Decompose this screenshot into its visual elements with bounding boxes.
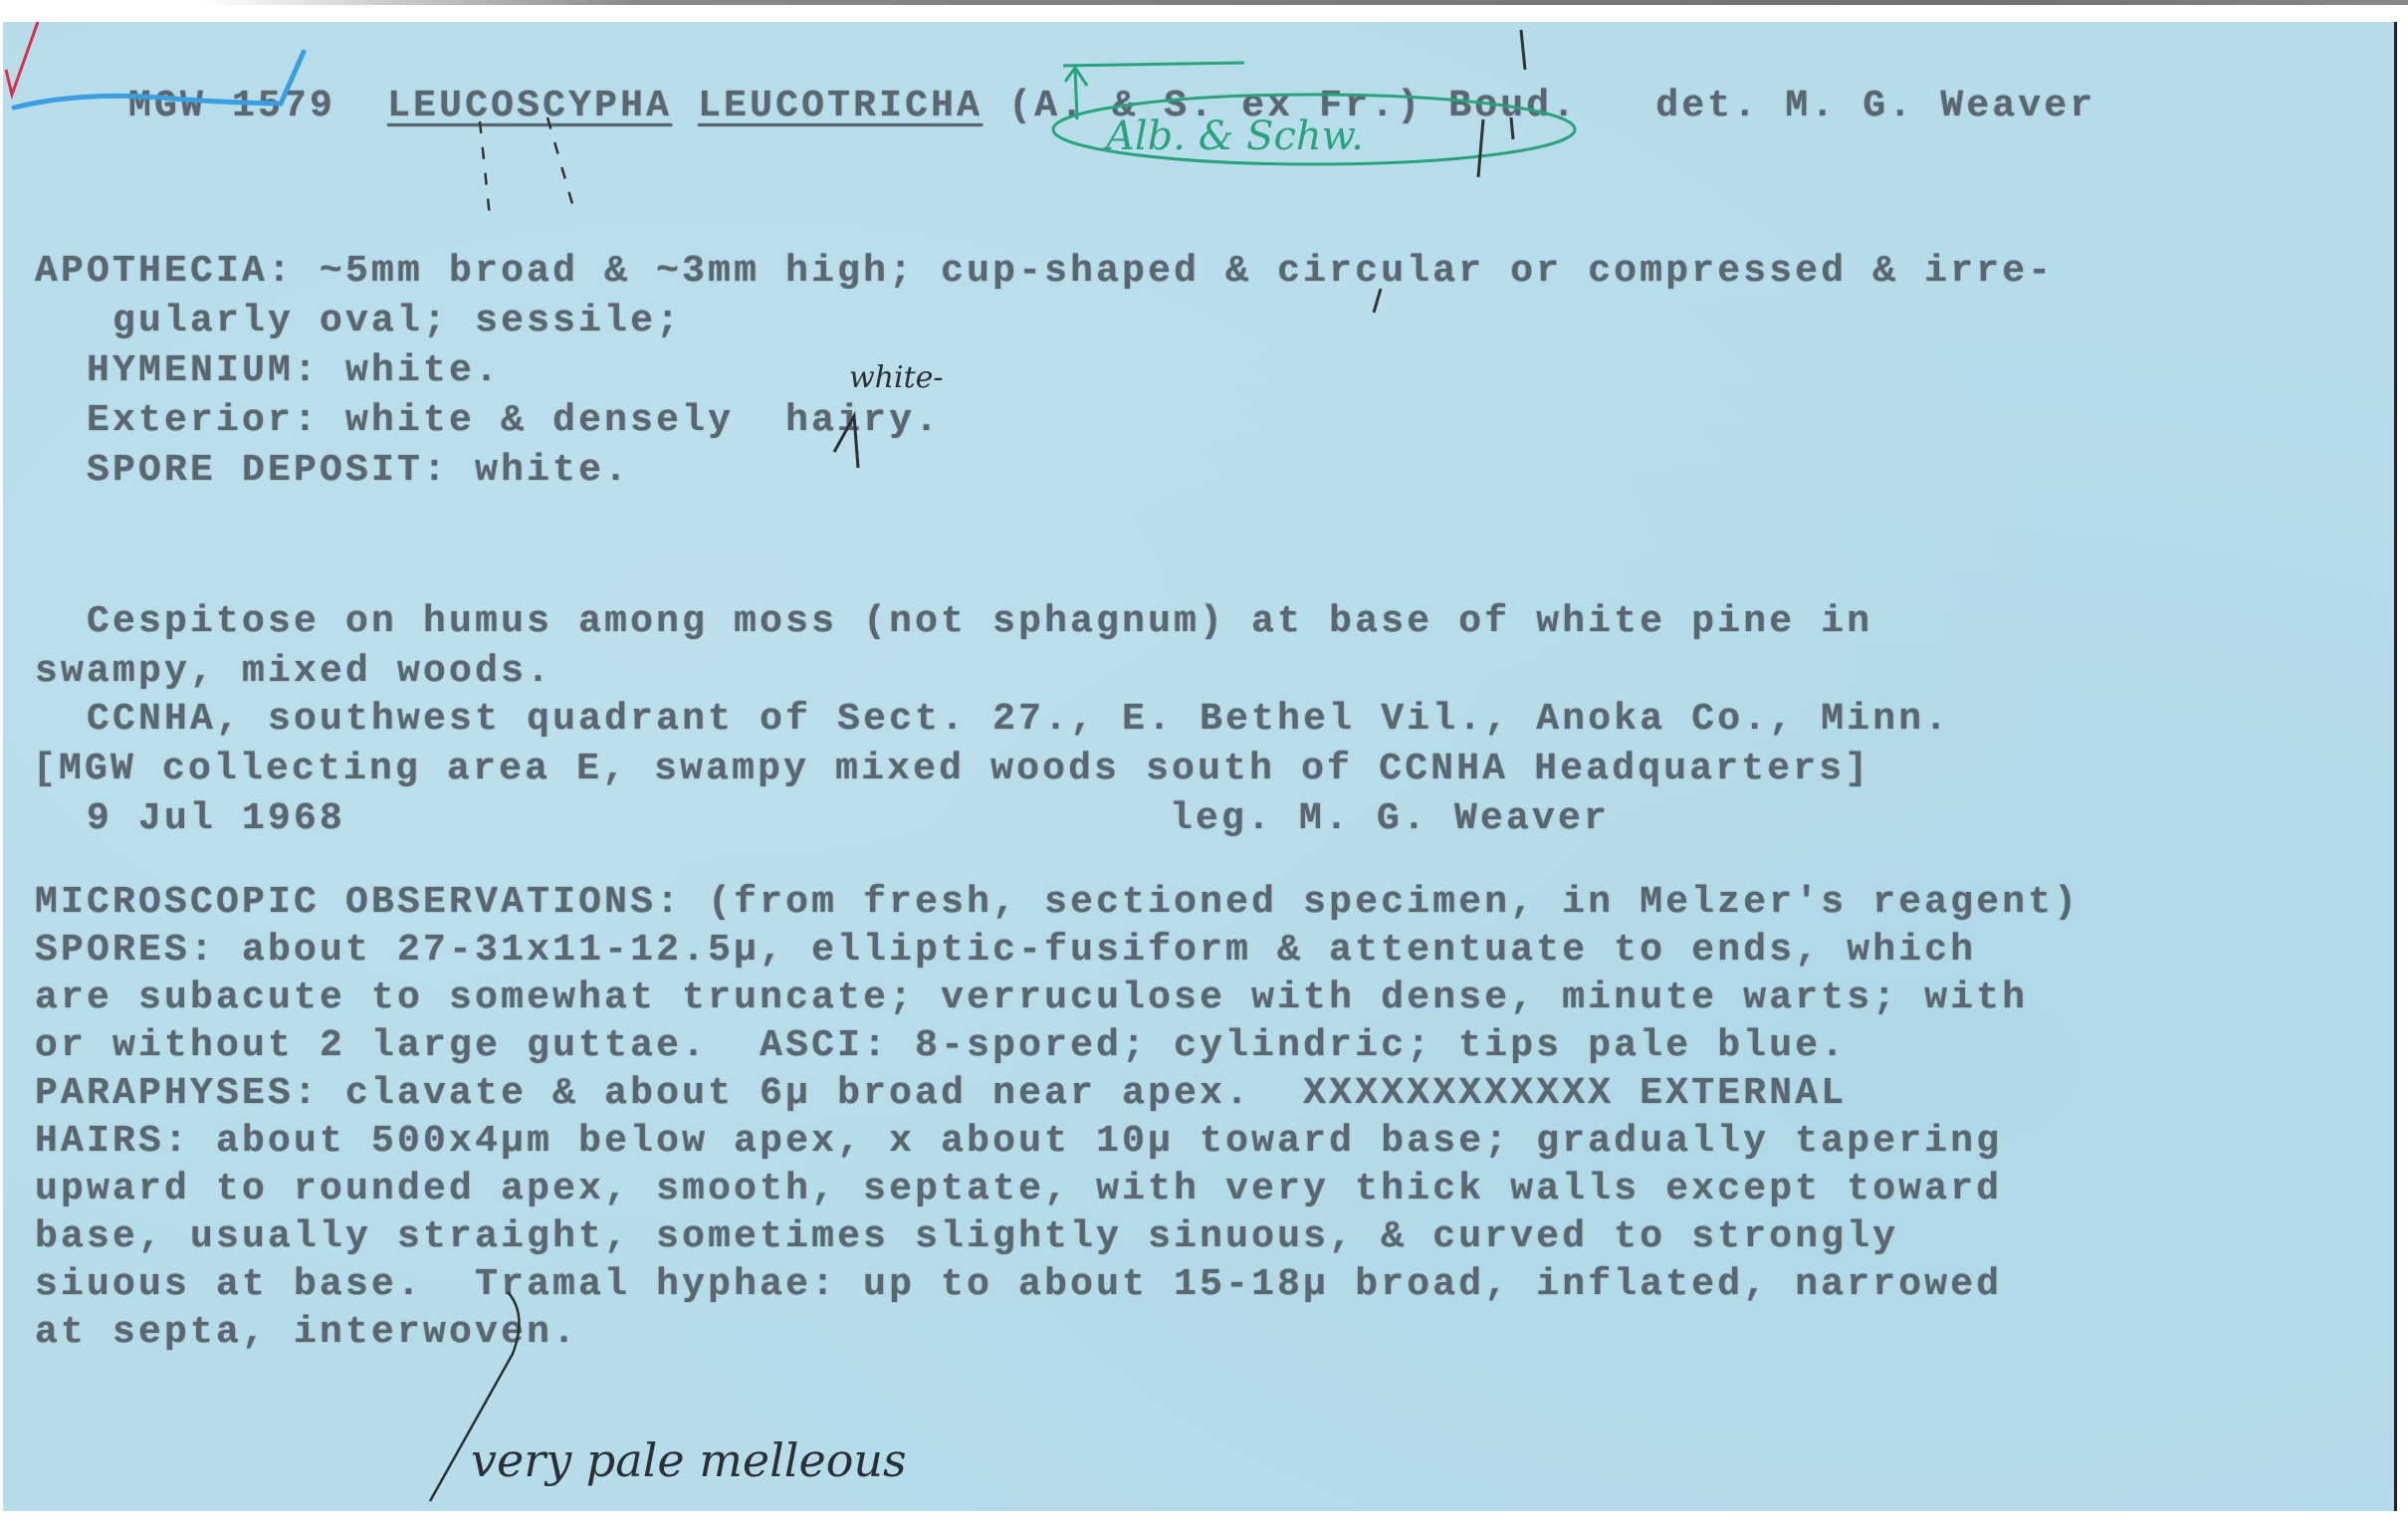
- microscopic-line-5: PARAPHYSES: clavate & about 6µ broad nea…: [35, 1075, 1847, 1113]
- species-epithet: LEUCOTRICHA: [698, 85, 983, 127]
- specimen-card: MGW 1579 LEUCOSCYPHA LEUCOTRICHA (A. & S…: [3, 22, 2397, 1511]
- apothecia-line-2: gularly oval; sessile;: [35, 303, 682, 340]
- collection-date: 9 Jul 1968: [35, 800, 345, 838]
- hymenium-line: HYMENIUM: white.: [35, 352, 501, 390]
- handwritten-authority-correction: Alb. & Schw.: [1106, 113, 1364, 159]
- card-header: MGW 1579 LEUCOSCYPHA LEUCOTRICHA (A. & S…: [25, 50, 2095, 163]
- collecting-area-line: [MGW collecting area E, swampy mixed woo…: [33, 751, 1870, 788]
- microscopic-line-1: MICROSCOPIC OBSERVATIONS: (from fresh, s…: [35, 884, 2080, 922]
- microscopic-line-2: SPORES: about 27-31x11-12.5µ, elliptic-f…: [35, 932, 1976, 970]
- determiner: det. M. G. Weaver: [1655, 85, 2095, 127]
- microscopic-line-7: upward to rounded apex, smooth, septate,…: [35, 1171, 2002, 1208]
- scan-top-edge: [199, 0, 2408, 5]
- microscopic-line-6: HAIRS: about 500x4µm below apex, x about…: [35, 1123, 2002, 1161]
- habitat-line-2: swampy, mixed woods.: [35, 653, 552, 691]
- apothecia-line-1: APOTHECIA: ~5mm broad & ~3mm high; cup-s…: [35, 253, 2054, 291]
- spore-deposit-line: SPORE DEPOSIT: white.: [35, 452, 630, 490]
- combining-author: Boud.: [1448, 85, 1578, 127]
- microscopic-line-10: at septa, interwoven.: [35, 1314, 578, 1352]
- handwritten-note: very pale melleous: [471, 1433, 907, 1487]
- microscopic-line-3: are subacute to somewhat truncate; verru…: [35, 980, 2028, 1017]
- handwritten-insertion-white: white-: [849, 360, 944, 395]
- microscopic-line-4: or without 2 large guttae. ASCI: 8-spore…: [35, 1027, 1847, 1065]
- accession-number: MGW 1579: [128, 85, 335, 127]
- microscopic-line-9: siuous at base. Tramal hyphae: up to abo…: [35, 1266, 2002, 1304]
- locality-line: CCNHA, southwest quadrant of Sect. 27., …: [35, 701, 1950, 739]
- genus-name: LEUCOSCYPHA: [387, 85, 672, 127]
- exterior-line: Exterior: white & densely hairy.: [35, 402, 941, 440]
- microscopic-line-8: base, usually straight, sometimes slight…: [35, 1218, 1898, 1256]
- habitat-line-1: Cespitose on humus among moss (not sphag…: [35, 603, 1872, 641]
- collector: leg. M. G. Weaver: [1170, 800, 1610, 838]
